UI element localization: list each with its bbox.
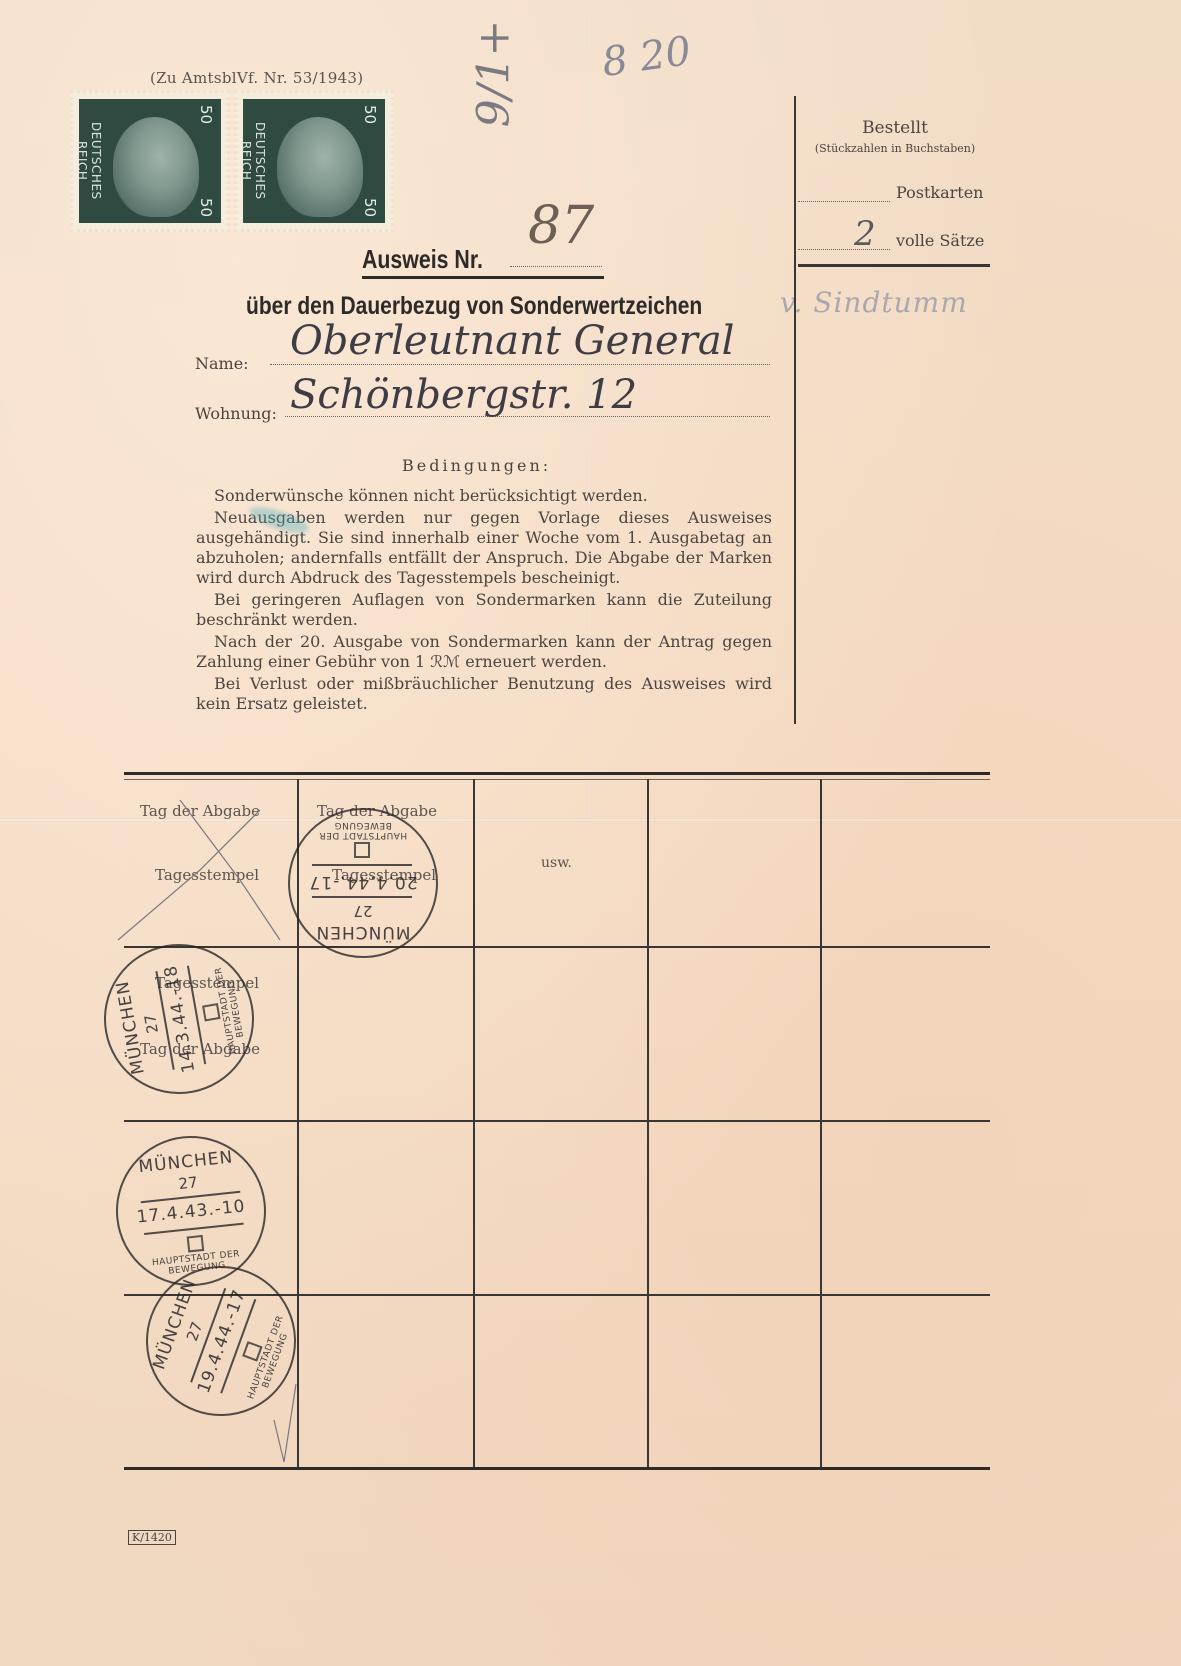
stamp-value: 50 <box>197 105 215 124</box>
postmark-emblem-icon <box>202 1003 221 1022</box>
id-number-line <box>510 266 602 267</box>
postmark-emblem-icon <box>354 842 370 858</box>
stamp-value: 50 <box>361 105 379 124</box>
wohnung-value: Schönbergstr. 12 <box>290 372 637 418</box>
postage-stamp: DEUTSCHES REICH 50 50 <box>234 90 394 232</box>
order-field-line[interactable]: 2 <box>798 231 890 250</box>
pencil-note: 8 20 <box>599 28 694 86</box>
order-quantity: 2 <box>854 217 876 251</box>
stamp-value: 50 <box>361 198 379 217</box>
cell-label-etc: usw. <box>541 855 572 871</box>
id-number-handwritten: 87 <box>528 196 594 256</box>
name-value: Oberleutnant General <box>290 318 734 364</box>
order-label: Postkarten <box>896 183 983 202</box>
condition-paragraph: Bei geringeren Auflagen von Sondermarken… <box>196 590 772 630</box>
grid-top-rule-thin <box>124 779 990 780</box>
stamp-portrait-icon <box>113 117 199 217</box>
grid-column-line <box>473 779 475 1469</box>
stamp-portrait-icon <box>277 117 363 217</box>
stamp-country: DEUTSCHES REICH <box>81 105 103 217</box>
condition-paragraph: Sonderwünsche können nicht berücksichtig… <box>196 486 772 506</box>
pencil-note: 9/1+ <box>468 20 519 128</box>
grid-bottom-rule <box>124 1467 990 1470</box>
order-row-volle-saetze: 2 volle Sätze <box>798 226 998 250</box>
order-field-line[interactable] <box>798 183 890 202</box>
title-underline <box>362 276 604 279</box>
official-reference: (Zu AmtsblVf. Nr. 53/1943) <box>150 69 363 87</box>
order-label: volle Sätze <box>896 231 984 250</box>
form-code: K/1420 <box>128 1530 176 1545</box>
postage-stamp-pair: DEUTSCHES REICH 50 50 DEUTSCHES REICH 50… <box>70 90 400 232</box>
name-label: Name: <box>195 354 249 373</box>
document-subtitle: über den Dauerbezug von Sonderwertzeiche… <box>246 292 702 321</box>
postmark-stamp: MÜNCHEN 27 20.4.44.-17 HAUPTSTADT DER BE… <box>288 808 438 958</box>
order-subtitle: (Stückzahlen in Buchstaben) <box>800 142 990 155</box>
stamp-value: 50 <box>197 198 215 217</box>
cross-out-mark-icon <box>110 790 290 950</box>
conditions-heading: Bedingungen: <box>402 456 551 475</box>
wohnung-label: Wohnung: <box>195 404 277 423</box>
name-field[interactable] <box>270 364 770 365</box>
document-title: Ausweis Nr. <box>362 244 483 275</box>
order-box-divider <box>794 96 796 724</box>
order-title: Bestellt <box>800 118 990 138</box>
grid-top-rule <box>124 772 990 775</box>
postage-stamp: DEUTSCHES REICH 50 50 <box>70 90 230 232</box>
condition-paragraph: Bei Verlust oder mißbräuchlicher Benutzu… <box>196 674 772 714</box>
postmark-stamp: MÜNCHEN 27 14.3.44.-18 HAUPTSTADT DER BE… <box>92 932 266 1106</box>
grid-column-line <box>820 779 822 1469</box>
postmark-emblem-icon <box>187 1235 205 1253</box>
condition-paragraph: Nach der 20. Ausgabe von Sondermarken ka… <box>196 632 772 672</box>
order-box-rule <box>798 264 990 267</box>
grid-row-line <box>124 1120 990 1122</box>
order-row-postkarten: Postkarten <box>798 178 998 202</box>
stamp-country: DEUTSCHES REICH <box>245 105 267 217</box>
grid-column-line <box>647 779 649 1469</box>
pencil-note: v. Sindtumm <box>780 286 968 319</box>
